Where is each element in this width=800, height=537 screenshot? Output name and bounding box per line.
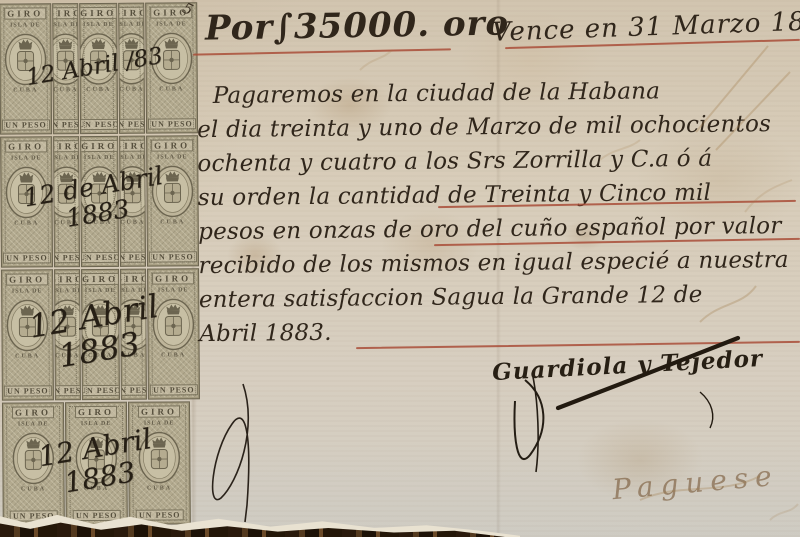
body-line: recibido de los mismos en igual especié …: [198, 243, 800, 283]
stamp-isla-de-label: ISLA DE: [83, 22, 114, 28]
stamp-un-peso-label: UN PESO: [54, 385, 81, 396]
revenue-stamp: GIRO ISLA DE CUBA UN PESO: [145, 2, 198, 133]
revenue-stamp: GIRO ISLA DE CUBA UN PESO: [147, 268, 200, 399]
revenue-stamp: GIRO ISLA DE CUBA UN PESO: [118, 3, 145, 134]
stamp-row: GIRO ISLA DE CUBA UN PESO GIRO ISLA DE: [2, 401, 193, 523]
stamp-cuba-label: CUBA: [87, 220, 112, 226]
revenue-stamp: GIRO ISLA DE CUBA UN PESO: [65, 402, 128, 525]
stamp-cuba-label: CUBA: [147, 485, 172, 491]
stamp-isla-de-label: ISLA DE: [18, 421, 49, 427]
stamp-cuba-label: CUBA: [53, 87, 78, 93]
stamp-isla-de-label: ISLA DE: [85, 288, 116, 294]
revenue-stamp: GIRO ISLA DE CUBA UN PESO: [146, 135, 199, 266]
stamp-un-peso-label: UN PESO: [118, 119, 145, 130]
stamp-coat-of-arms-icon: [73, 428, 119, 486]
stamp-isla-de-label: ISLA DE: [118, 22, 145, 28]
stamp-coat-of-arms-icon: [118, 29, 145, 87]
stamp-isla-de-label: ISLA DE: [157, 154, 188, 160]
stamp-isla-de-label: ISLA DE: [144, 420, 175, 426]
stamp-row: GIRO ISLA DE CUBA UN PESO GIRO ISLA DE: [0, 2, 190, 132]
stamp-cuba-label: CUBA: [15, 353, 40, 359]
stamp-giro-label: GIRO: [54, 273, 81, 285]
revenue-stamp: GIRO ISLA DE CUBA UN PESO: [80, 136, 119, 267]
stamp-cuba-label: CUBA: [13, 87, 38, 93]
stamp-isla-de-label: ISLA DE: [84, 155, 115, 161]
stamp-cuba-label: CUBA: [54, 220, 79, 226]
stamp-giro-label: GIRO: [81, 273, 120, 285]
stamp-giro-label: GIRO: [138, 405, 180, 417]
stamp-column: GIRO ISLA DE CUBA UN PESO GIRO ISLA DE: [0, 2, 193, 527]
stamp-cuba-label: CUBA: [120, 220, 145, 226]
stamp-giro-label: GIRO: [118, 7, 145, 19]
stamp-giro-label: GIRO: [119, 140, 146, 152]
stamp-giro-label: GIRO: [6, 273, 48, 285]
stamp-un-peso-label: UN PESO: [136, 509, 184, 520]
stamp-row: GIRO ISLA DE CUBA UN PESO GIRO ISLA DE: [0, 135, 191, 265]
stamp-cuba-label: CUBA: [55, 353, 80, 359]
stamp-cuba-label: CUBA: [160, 219, 185, 225]
stamp-coat-of-arms-icon: [150, 294, 196, 352]
stamp-coat-of-arms-icon: [52, 29, 79, 87]
stamp-giro-label: GIRO: [75, 406, 117, 418]
stamp-isla-de-label: ISLA DE: [156, 21, 187, 27]
stamp-isla-de-label: ISLA DE: [54, 288, 81, 294]
revenue-stamp: GIRO ISLA DE CUBA UN PESO: [119, 136, 146, 267]
stamp-cuba-label: CUBA: [88, 353, 113, 359]
stamp-un-peso-label: UN PESO: [3, 252, 51, 263]
stamp-coat-of-arms-icon: [149, 161, 195, 219]
stamp-isla-de-label: ISLA DE: [53, 155, 80, 161]
stamp-row: GIRO ISLA DE CUBA UN PESO GIRO ISLA DE: [1, 268, 192, 398]
revenue-stamp: GIRO ISLA DE CUBA UN PESO: [1, 269, 54, 400]
stamp-cuba-label: CUBA: [159, 86, 184, 92]
stamp-un-peso-label: UN PESO: [149, 251, 197, 262]
revenue-stamp: GIRO ISLA DE CUBA UN PESO: [128, 401, 191, 524]
stamp-un-peso-label: UN PESO: [4, 385, 52, 396]
stamp-giro-label: GIRO: [5, 140, 47, 152]
stamp-cuba-label: CUBA: [161, 352, 186, 358]
revenue-stamp: GIRO ISLA DE CUBA UN PESO: [0, 136, 53, 267]
stamp-un-peso-label: UN PESO: [2, 119, 50, 130]
stamp-coat-of-arms-icon: [10, 428, 56, 486]
stamp-isla-de-label: ISLA DE: [119, 155, 146, 161]
revenue-stamp: GIRO ISLA DE CUBA UN PESO: [2, 402, 65, 525]
stamp-giro-label: GIRO: [79, 7, 118, 19]
revenue-stamp: GIRO ISLA DE CUBA UN PESO: [79, 3, 118, 134]
stamp-isla-de-label: ISLA DE: [10, 22, 41, 28]
stamp-un-peso-label: UN PESO: [52, 119, 79, 130]
stamp-un-peso-label: UN PESO: [81, 385, 120, 396]
revenue-stamp: GIRO ISLA DE CUBA UN PESO: [81, 269, 120, 400]
stamp-coat-of-arms-icon: [120, 295, 147, 353]
stamp-isla-de-label: ISLA DE: [81, 421, 112, 427]
stamp-cuba-label: CUBA: [121, 353, 146, 359]
stamp-isla-de-label: ISLA DE: [120, 288, 147, 294]
revenue-stamp: GIRO ISLA DE CUBA UN PESO: [120, 269, 147, 400]
stamp-un-peso-label: UN PESO: [79, 119, 118, 130]
stamp-isla-de-label: ISLA DE: [158, 287, 189, 293]
stamp-un-peso-label: UN PESO: [120, 385, 147, 396]
stamp-isla-de-label: ISLA DE: [11, 155, 42, 161]
revenue-stamp: GIRO ISLA DE CUBA UN PESO: [52, 3, 79, 134]
stamp-giro-label: GIRO: [152, 272, 194, 284]
stamp-isla-de-label: ISLA DE: [12, 288, 43, 294]
stamp-giro-label: GIRO: [53, 140, 80, 152]
stamp-giro-label: GIRO: [12, 406, 54, 418]
stamp-giro-label: GIRO: [4, 7, 46, 19]
stamp-coat-of-arms-icon: [54, 295, 81, 353]
stamp-giro-label: GIRO: [52, 7, 79, 19]
stamp-coat-of-arms-icon: [3, 162, 49, 220]
stamp-cuba-label: CUBA: [119, 87, 144, 93]
stamp-coat-of-arms-icon: [136, 427, 182, 485]
stamp-giro-label: GIRO: [151, 139, 193, 151]
stamp-coat-of-arms-icon: [119, 162, 146, 220]
stamp-coat-of-arms-icon: [2, 29, 48, 87]
stamp-cuba-label: CUBA: [14, 220, 39, 226]
body-text: Pagaremos en la ciudad de la Habana el d…: [197, 73, 800, 351]
stamp-coat-of-arms-icon: [4, 295, 50, 353]
stamp-un-peso-label: UN PESO: [80, 252, 119, 263]
stamp-cuba-label: CUBA: [84, 486, 109, 492]
revenue-stamp: GIRO ISLA DE CUBA UN PESO: [54, 269, 81, 400]
stamp-un-peso-label: UN PESO: [73, 510, 121, 521]
stamp-coat-of-arms-icon: [79, 29, 118, 87]
stamp-giro-label: GIRO: [120, 273, 147, 285]
stamp-un-peso-label: UN PESO: [148, 118, 196, 129]
stamp-isla-de-label: ISLA DE: [52, 22, 79, 28]
amount-line: Por∫35000. oro: [205, 3, 510, 48]
stamp-coat-of-arms-icon: [81, 295, 120, 353]
revenue-stamp: GIRO ISLA DE CUBA UN PESO: [53, 136, 80, 267]
stamp-coat-of-arms-icon: [148, 28, 194, 86]
stamp-un-peso-label: UN PESO: [150, 384, 198, 395]
stamp-giro-label: GIRO: [80, 140, 119, 152]
stamp-coat-of-arms-icon: [80, 162, 119, 220]
stamp-cuba-label: CUBA: [86, 87, 111, 93]
stamp-cuba-label: CUBA: [21, 486, 46, 492]
document-photo: GIRO ISLA DE CUBA UN PESO GIRO ISLA DE: [0, 0, 800, 537]
stamp-coat-of-arms-icon: [53, 162, 80, 220]
revenue-stamp: GIRO ISLA DE CUBA UN PESO: [0, 3, 52, 134]
stamp-un-peso-label: UN PESO: [53, 252, 80, 263]
stamp-un-peso-label: UN PESO: [119, 252, 146, 263]
